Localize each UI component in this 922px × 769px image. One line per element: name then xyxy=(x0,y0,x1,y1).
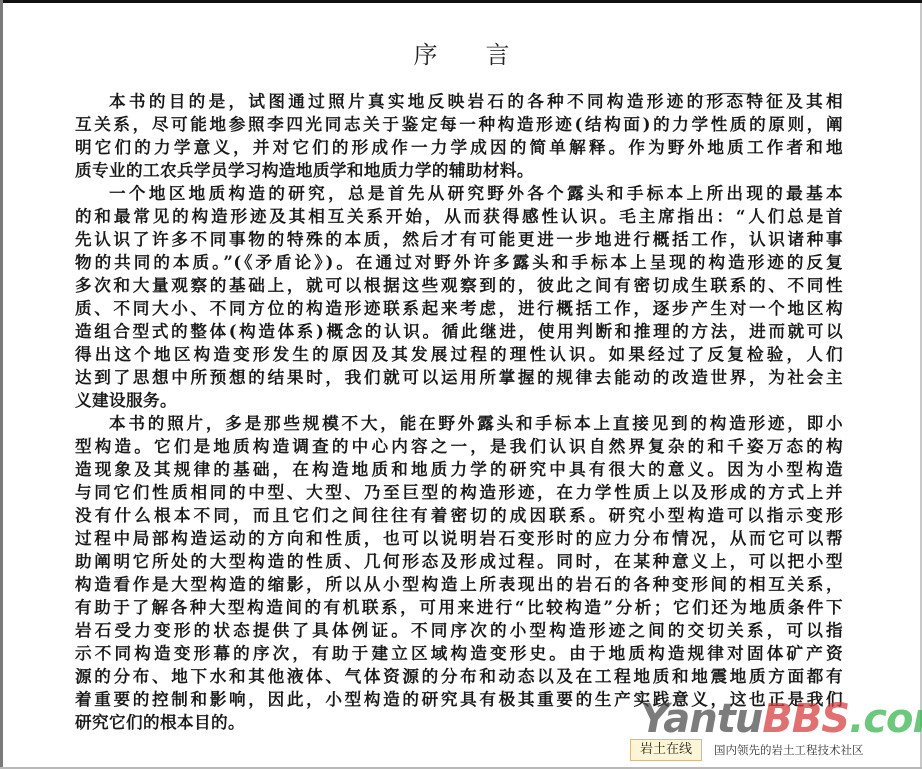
text-line: 有助于了解各种大型构造间的有机联系，可用来进行“比较构造”分析；它们还为地质条件… xyxy=(75,596,843,619)
text-line: 本书的照片，多是那些规模不大，能在野外露头和手标本上直接见到的构造形迹，即小 xyxy=(75,412,843,435)
paragraph-2: 一个地区地质构造的研究，总是首先从研究野外各个露头和手标本上所出现的最基本 的和… xyxy=(75,182,843,412)
text-line: 岩石受力变形的状态提供了具体例证。不同序次的小型构造形迹之间的交切关系，可以指 xyxy=(75,619,843,642)
text-line: 示不同构造变形幕的序次，有助于建立区域构造变形史。由于地质构造规律对固体矿产资 xyxy=(75,642,843,665)
text-line: 本书的目的是，试图通过照片真实地反映岩石的各种不同构造形迹的形态特征及其相 xyxy=(75,90,843,113)
text-line: 没有什么根本不同，而且它们之间往往有着密切的成因联系。研究小型构造可以指示变形 xyxy=(75,504,843,527)
text-line: 着重要的控制和影响，因此，小型构造的研究具有极其重要的生产实践意义，这也正是我们 xyxy=(75,688,843,711)
text-line: 多次和大量观察的基础上，就可以根据这些观察到的，彼此之间有密切成生联系的、不同性 xyxy=(75,274,843,297)
text-line: 型构造。它们是地质构造调查的中心内容之一，是我们认识自然界复杂的和千姿万态的构 xyxy=(75,435,843,458)
text-line: 源的分布、地下水和其他液体、气体资源的分布和动态以及在工程地质和地震地质方面都有 xyxy=(75,665,843,688)
preface-body: 本书的目的是，试图通过照片真实地反映岩石的各种不同构造形迹的形态特征及其相 互关… xyxy=(75,90,843,734)
text-line: 质专业的工农兵学员学习构造地质学和地质力学的辅助材料。 xyxy=(75,159,843,182)
paragraph-1: 本书的目的是，试图通过照片真实地反映岩石的各种不同构造形迹的形态特征及其相 互关… xyxy=(75,90,843,182)
text-line: 的和最常见的构造形迹及其相互关系开始，从而获得感性认识。毛主席指出：“人们总是首 xyxy=(75,205,843,228)
text-line: 明它们的力学意义，并对它们的形成作一力学成因的简单解释。作为野外地质工作者和地 xyxy=(75,136,843,159)
text-line: 造组合型式的整体(构造体系)概念的认识。循此继进，使用判断和推理的方法，进而就可… xyxy=(75,320,843,343)
text-line: 造现象及其规律的基础，在构造地质和地质力学的研究中具有很大的意义。因为小型构造 xyxy=(75,458,843,481)
page-title: 序言 xyxy=(3,35,920,70)
text-line: 一个地区地质构造的研究，总是首先从研究野外各个露头和手标本上所出现的最基本 xyxy=(75,182,843,205)
text-line: 过程中局部构造运动的方向和性质，也可以说明岩石变形时的应力分布情况，从而它可以帮 xyxy=(75,527,843,550)
text-line: 互关系，尽可能地参照李四光同志关于鉴定每一种构造形迹(结构面)的力学性质的原则，… xyxy=(75,113,843,136)
text-line: 构造看作是大型构造的缩影，所以从小型构造上所表现出的岩石的各种变形间的相互关系， xyxy=(75,573,843,596)
quote-line: 先认识了许多不同事物的特殊的本质，然后才有可能更进一步地进行概括工作，认识诸种事 xyxy=(75,228,843,251)
paragraph-3: 本书的照片，多是那些规模不大，能在野外露头和手标本上直接见到的构造形迹，即小 型… xyxy=(75,412,843,734)
watermark-slogan: 国内领先的岩土工程技术社区 xyxy=(714,741,864,759)
watermark-badge: 岩土在线 xyxy=(630,739,702,761)
text-line: 得出这个地区构造变形发生的原因及其发展过程的理性认识。如果经过了反复检验，人们 xyxy=(75,343,843,366)
text-line: 质、不同大小、不同方位的构造形迹联系起来考虑，进行概括工作，逐步产生对一个地区构 xyxy=(75,297,843,320)
text-line: 达到了思想中所预想的结果时，我们就可以运用所掌握的规律去能动的改造世界，为社会主 xyxy=(75,366,843,389)
text-line: 助阐明它所处的大型构造的性质、几何形态及形成过程。同时，在某种意义上，可以把小型 xyxy=(75,550,843,573)
text-line: 与同它们性质相同的中型、大型、乃至巨型的构造形迹，在力学性质上以及形成的方式上并 xyxy=(75,481,843,504)
text-line: 研究它们的根本目的。 xyxy=(75,711,843,734)
text-line: 义建设服务。 xyxy=(75,389,843,412)
text-line: 物的共同的本质。”(《矛盾论》)。在通过对野外许多露头和手标本上呈现的构造形迹的… xyxy=(75,251,843,274)
